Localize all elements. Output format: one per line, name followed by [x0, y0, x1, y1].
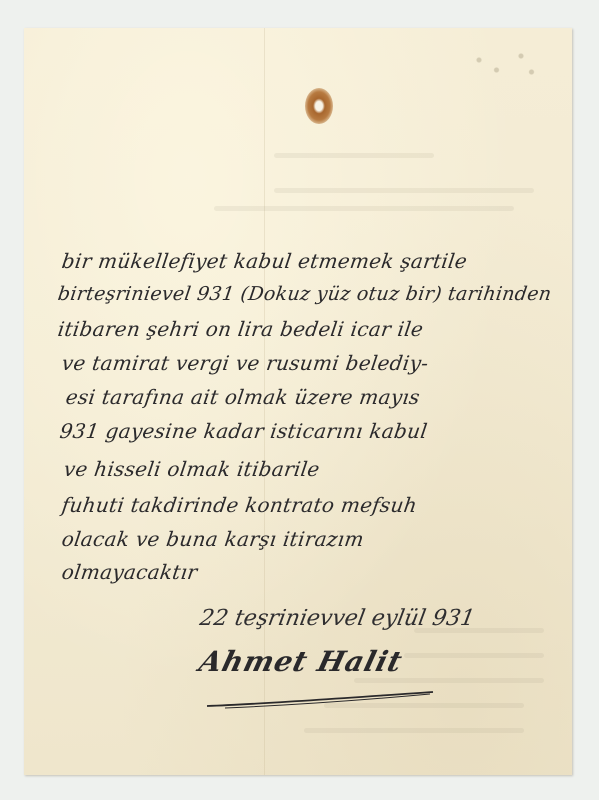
bleed-through-text — [354, 678, 544, 683]
bleed-through-text — [404, 653, 544, 658]
letter-line: ve hisseli olmak itibarile — [62, 457, 321, 481]
letter-line: bir mükellefiyet kabul etmemek şartile — [60, 249, 468, 273]
letter-date: 22 teşrinievvel eylül 931 — [198, 606, 477, 631]
signature: Ahmet Halit — [196, 645, 406, 678]
bleed-through-text — [274, 153, 434, 158]
letter-line: itibaren şehri on lira bedeli icar ile — [56, 317, 425, 341]
letter-line: ve tamirat vergi ve rusumi belediy- — [60, 351, 430, 375]
letter-line: olmayacaktır — [60, 560, 199, 584]
letter-line: esi tarafına ait olmak üzere mayıs — [64, 385, 421, 409]
rust-stain-hole — [305, 88, 333, 124]
bleed-through-text — [274, 188, 534, 193]
letter-line: 931 gayesine kadar isticarını kabul — [58, 419, 429, 443]
letter-line: olacak ve buna karşı itirazım — [60, 527, 365, 551]
letter-line: fuhuti takdirinde kontrato mefsuh — [60, 493, 418, 517]
embossed-marks — [472, 48, 542, 88]
bleed-through-text — [214, 206, 514, 211]
bleed-through-text — [304, 728, 524, 733]
signature-underline — [205, 690, 435, 710]
letter-line: birteşrinievel 931 (Dokuz yüz otuz bir) … — [56, 283, 553, 305]
